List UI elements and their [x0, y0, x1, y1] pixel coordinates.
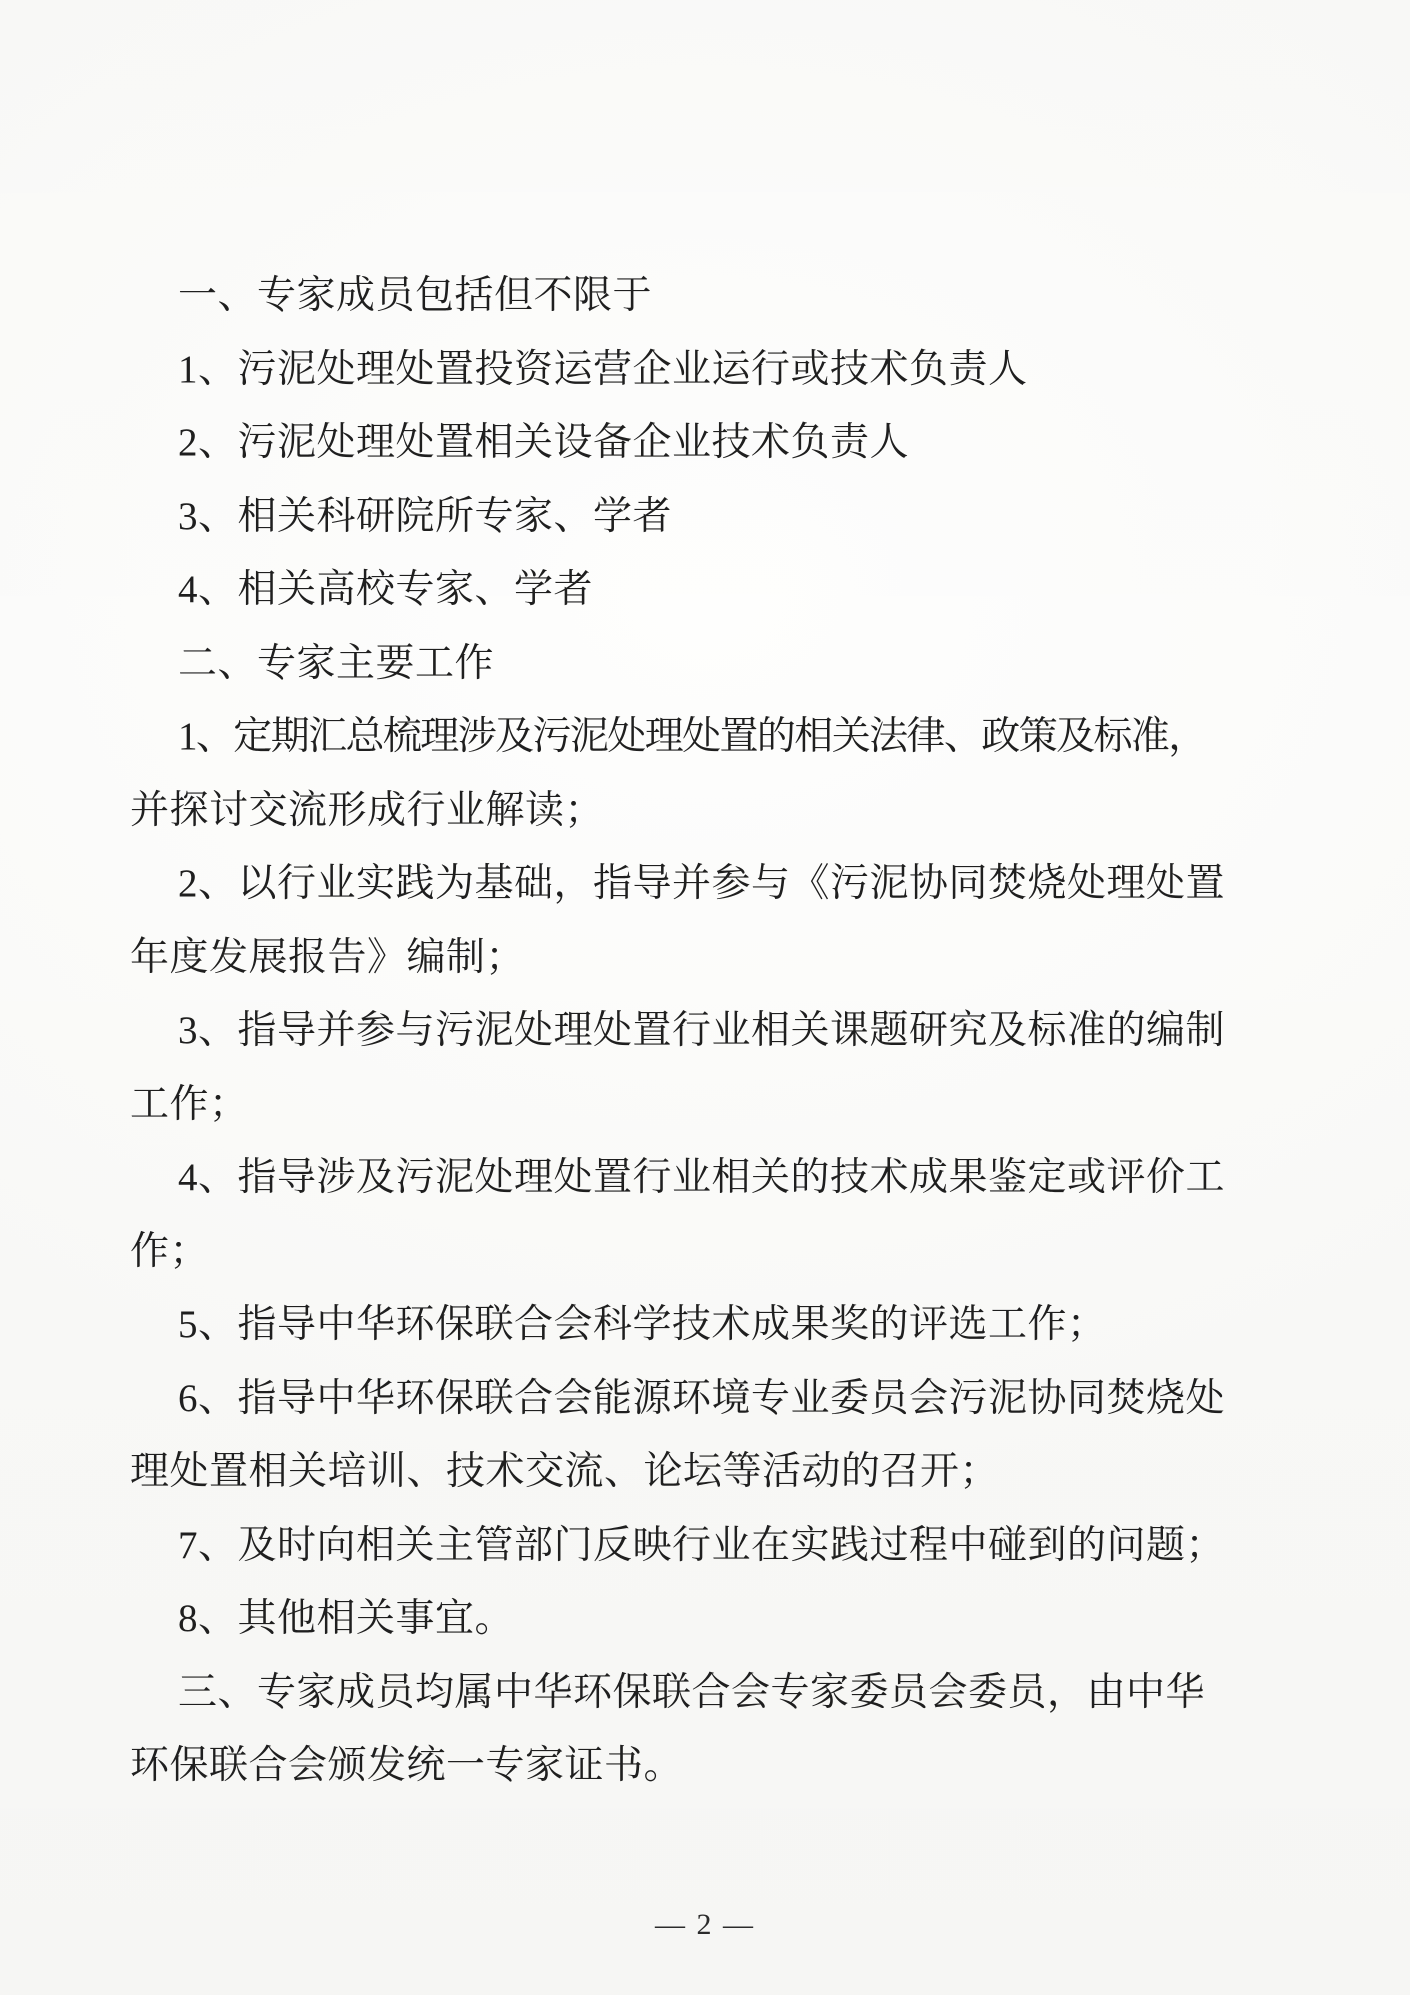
- duty-item-4-line-1: 4、指导涉及污泥处理处置行业相关的技术成果鉴定或评价工: [130, 1141, 1300, 1215]
- duty-item-7: 7、及时向相关主管部门反映行业在实践过程中碰到的问题；: [130, 1509, 1300, 1583]
- duty-item-1-line-2: 并探讨交流形成行业解读；: [130, 774, 1300, 848]
- duty-item-5: 5、指导中华环保联合会科学技术成果奖的评选工作；: [130, 1288, 1300, 1362]
- scanned-page: 一、专家成员包括但不限于 1、污泥处理处置投资运营企业运行或技术负责人 2、污泥…: [0, 0, 1410, 1995]
- section-heading-duties: 二、专家主要工作: [130, 627, 1300, 701]
- duty-item-2-line-1: 2、以行业实践为基础，指导并参与《污泥协同焚烧处理处置: [130, 847, 1300, 921]
- member-item-4: 4、相关高校专家、学者: [130, 553, 1300, 627]
- section-3-line-1: 三、专家成员均属中华环保联合会专家委员会委员，由中华: [130, 1656, 1300, 1730]
- member-item-2: 2、污泥处理处置相关设备企业技术负责人: [130, 406, 1300, 480]
- page-number: — 2 —: [0, 1908, 1410, 1942]
- section-3-line-2: 环保联合会颁发统一专家证书。: [130, 1729, 1300, 1803]
- document-body: 一、专家成员包括但不限于 1、污泥处理处置投资运营企业运行或技术负责人 2、污泥…: [130, 259, 1300, 1803]
- duty-item-2-line-2: 年度发展报告》编制；: [130, 921, 1300, 995]
- member-item-3: 3、相关科研院所专家、学者: [130, 480, 1300, 554]
- duty-item-3-line-2: 工作；: [130, 1068, 1300, 1142]
- member-item-1: 1、污泥处理处置投资运营企业运行或技术负责人: [130, 333, 1300, 407]
- duty-item-3-line-1: 3、指导并参与污泥处理处置行业相关课题研究及标准的编制: [130, 994, 1300, 1068]
- duty-item-8: 8、其他相关事宜。: [130, 1582, 1300, 1656]
- section-heading-members: 一、专家成员包括但不限于: [130, 259, 1300, 333]
- duty-item-6-line-1: 6、指导中华环保联合会能源环境专业委员会污泥协同焚烧处: [130, 1362, 1300, 1436]
- duty-item-4-line-2: 作；: [130, 1215, 1300, 1289]
- duty-item-1-line-1: 1、定期汇总梳理涉及污泥处理处置的相关法律、政策及标准，: [130, 700, 1300, 774]
- duty-item-6-line-2: 理处置相关培训、技术交流、论坛等活动的召开；: [130, 1435, 1300, 1509]
